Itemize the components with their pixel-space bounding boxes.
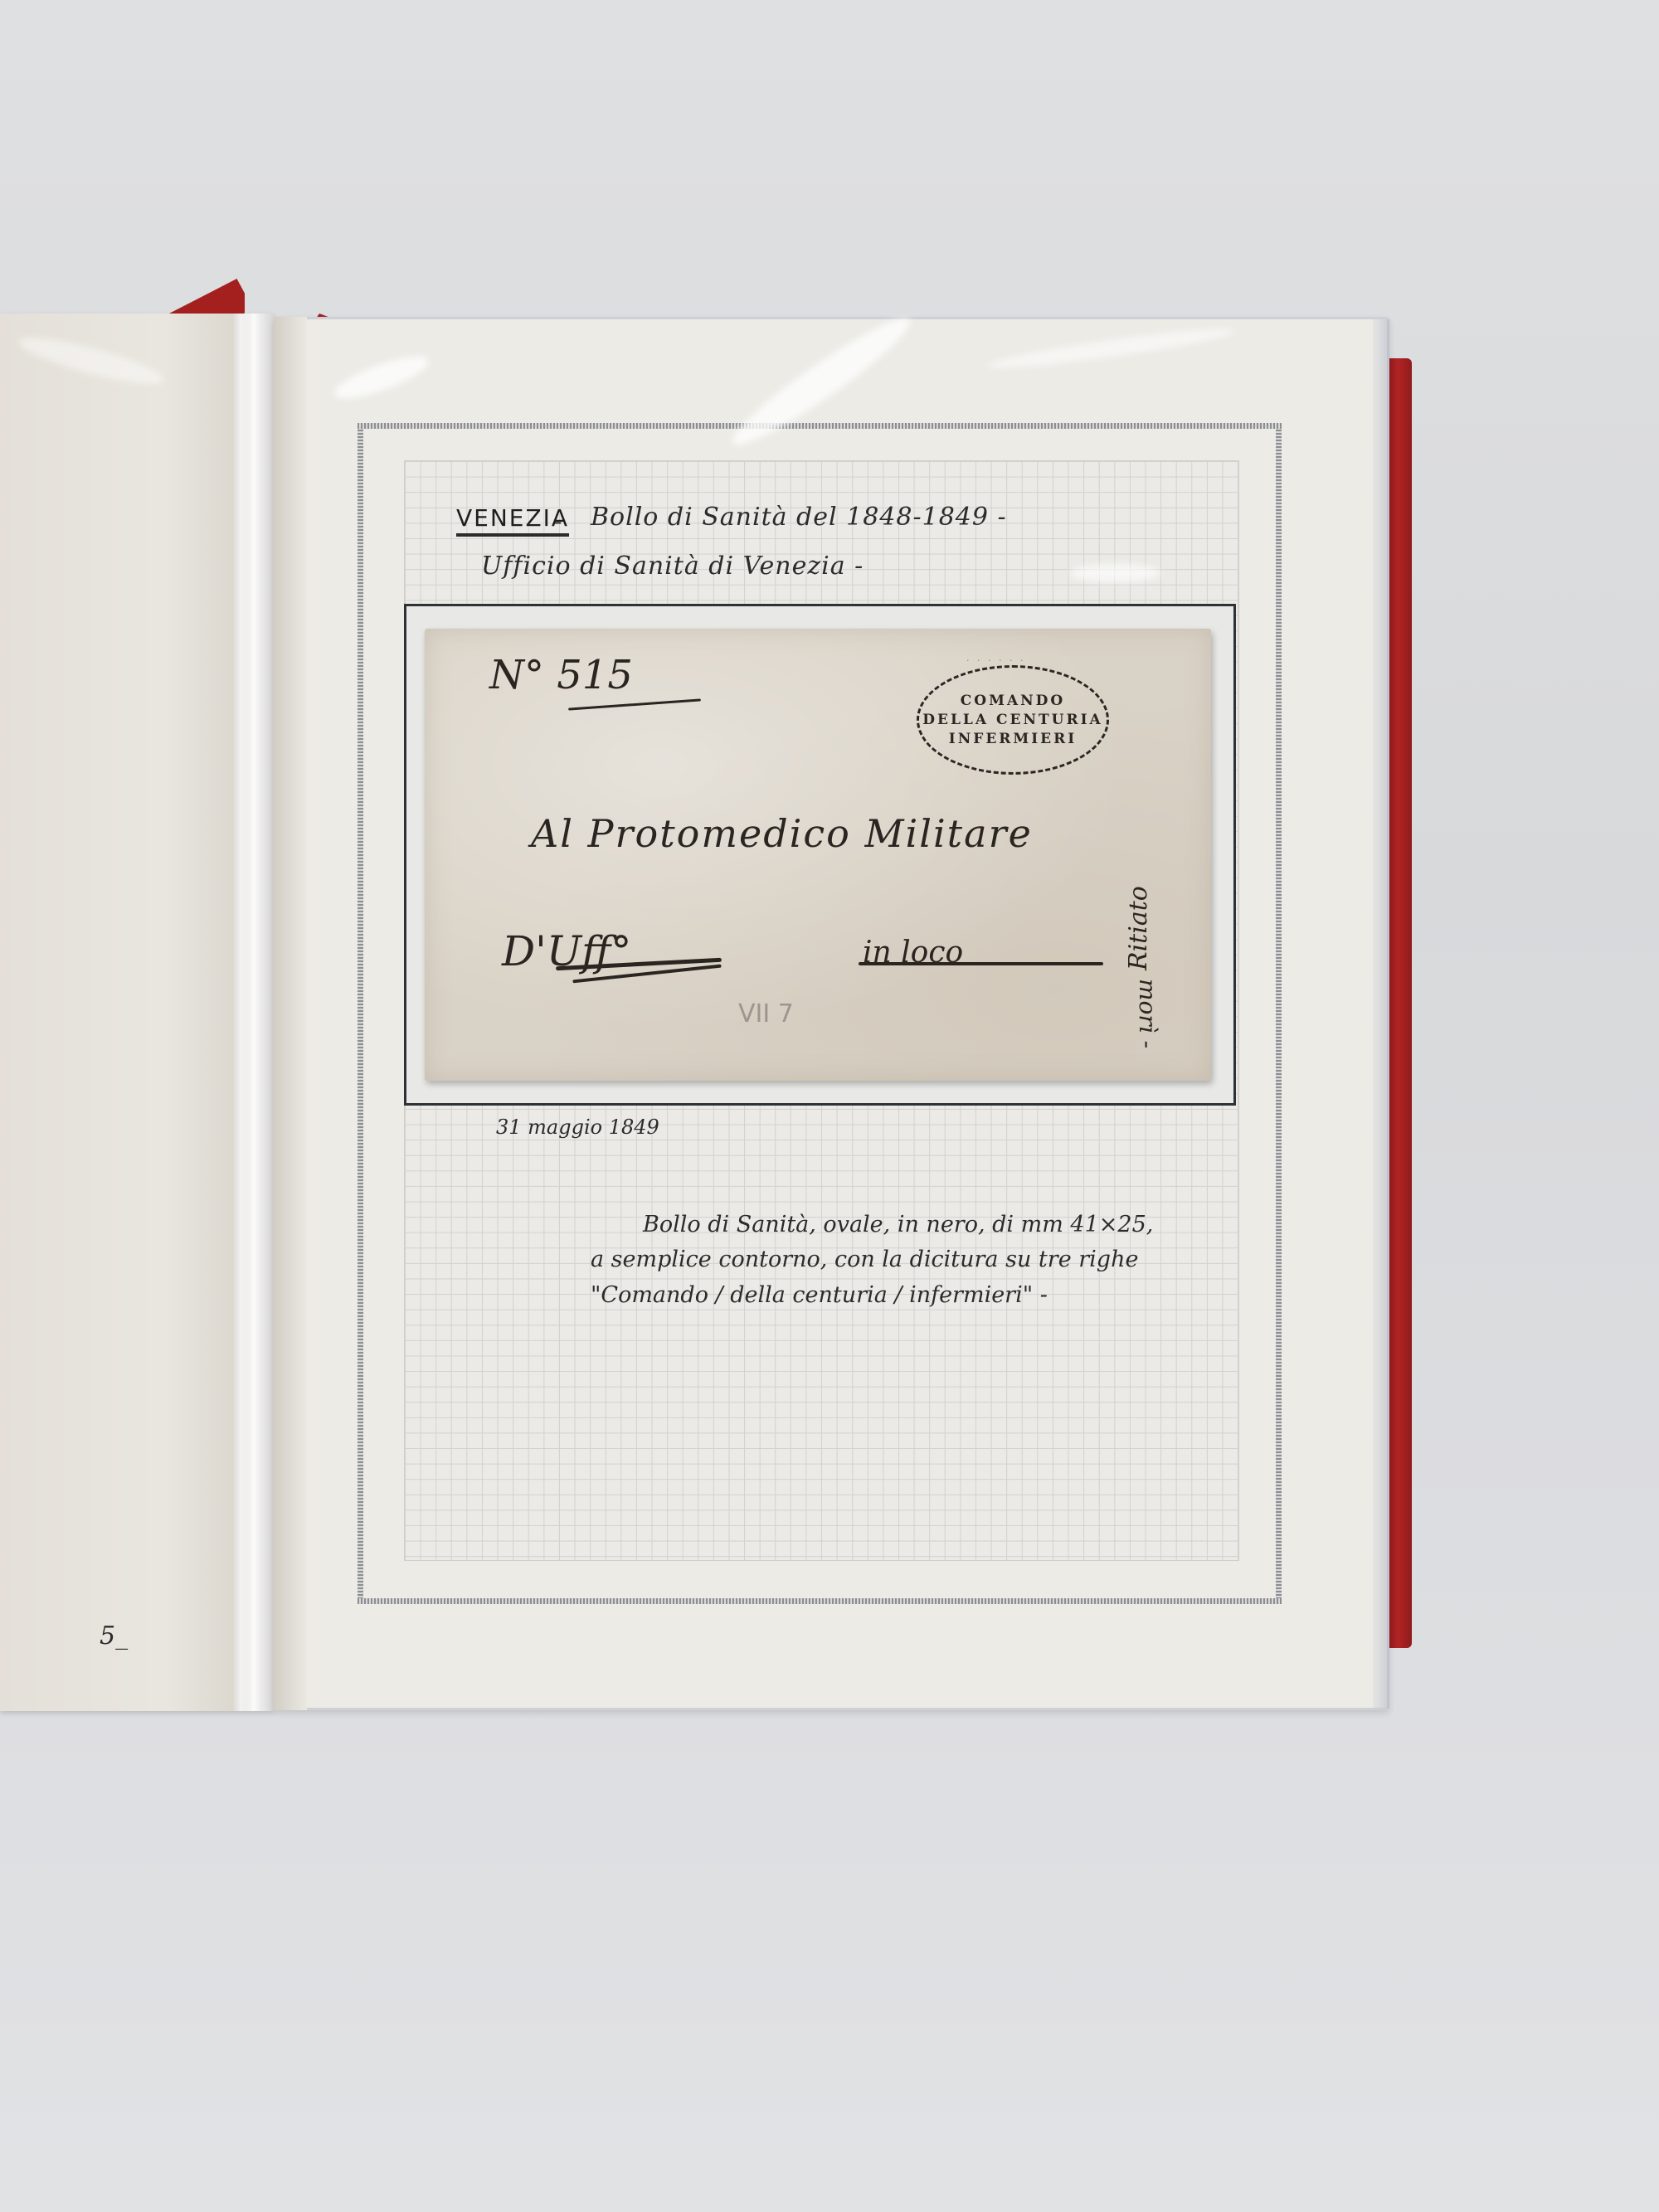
cachet-line-1: COMANDO [961,694,1065,708]
left-album-page [0,314,274,1711]
album-cover-corner-left [166,279,245,315]
page-title-city: VENEZIA [456,504,569,537]
cover-side-note: morì - [1134,979,1161,1048]
cover-pencil-mark: VII 7 [738,999,794,1028]
page-gutter-shadow [274,317,307,1710]
page-subtitle: Ufficio di Sanità di Venezia - [481,552,864,581]
cachet-line-3: INFERMIERI [949,732,1077,746]
album-red-cover-edge [1387,358,1412,1648]
cover-date: 31 maggio 1849 [496,1116,659,1139]
cover-side-note: Ritiato [1124,886,1153,970]
description-line-3: "Comando / della centuria / infermieri" … [591,1277,1048,1314]
description-line-2: a semplice contorno, con la dicitura su … [591,1242,1138,1278]
description-line-1: Bollo di Sanità, ovale, in nero, di mm 4… [643,1207,1153,1243]
left-page-number: 5_ [100,1621,128,1650]
oval-health-cachet: COMANDO DELLA CENTURIA INFERMIERI [917,665,1109,775]
cover-address: Al Protomedico Militare [531,811,1033,856]
delivery-underline [859,962,1103,965]
cachet-faint-top-text: · · · · · · [966,655,1025,666]
page-title-dash: - [554,508,562,535]
page-title: Bollo di Sanità del 1848-1849 - [591,503,1007,532]
cover-registry-number: N° 515 [489,652,633,698]
plastic-sleeve-edge [1373,319,1389,1709]
cachet-line-2: DELLA CENTURIA [922,713,1103,727]
left-page-sleeve-edge [241,314,274,1711]
sleeve-glare [1070,564,1161,582]
